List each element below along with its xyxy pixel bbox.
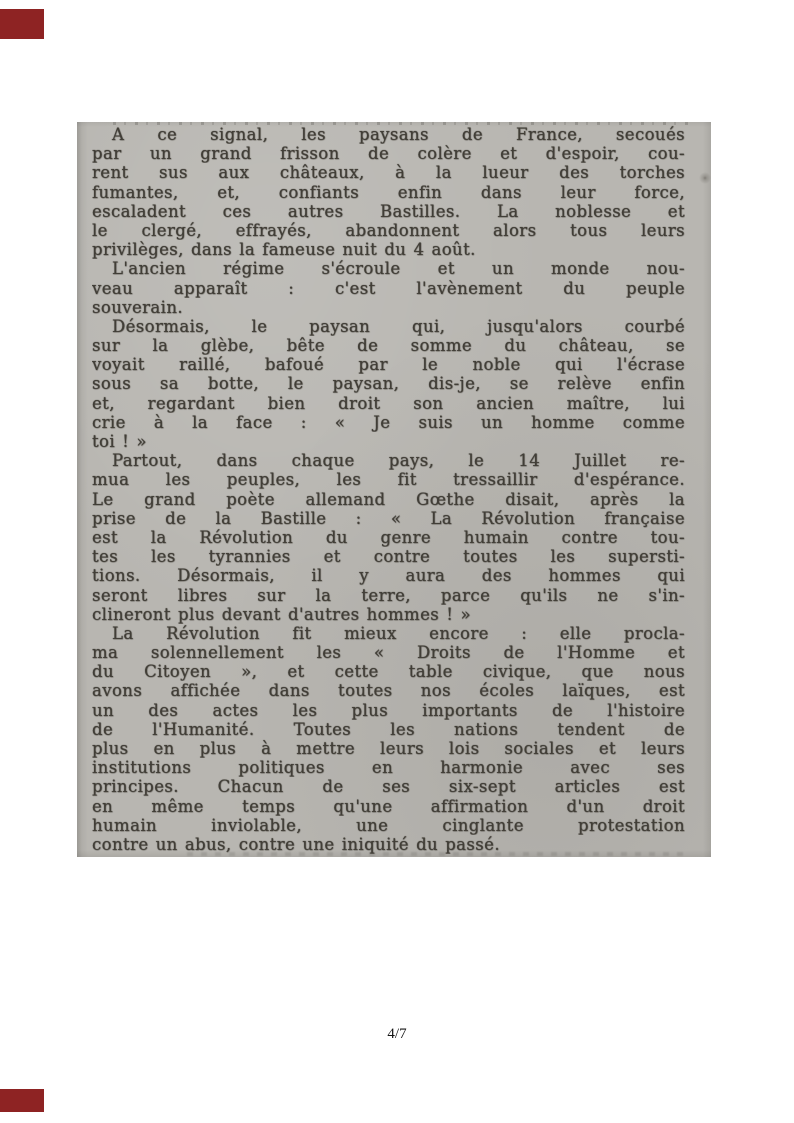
text-line: sur la glèbe, bête de somme du château, … bbox=[92, 336, 685, 355]
text-line: plus en plus à mettre leurs lois sociale… bbox=[92, 739, 685, 758]
text-line: mua les peuples, les fit tressaillir d'e… bbox=[92, 470, 685, 489]
text-line: un des actes les plus importants de l'hi… bbox=[92, 701, 685, 720]
text-line: rent sus aux châteaux, à la lueur des to… bbox=[92, 163, 685, 182]
text-line: humain inviolable, une cinglante protest… bbox=[92, 816, 685, 835]
text-line: seront libres sur la terre, parce qu'ils… bbox=[92, 586, 685, 605]
text-line: Désormais, le paysan qui, jusqu'alors co… bbox=[92, 317, 685, 336]
text-line: clineront plus devant d'autres hommes ! … bbox=[92, 605, 685, 624]
red-edge-mark-bottom-left bbox=[0, 1089, 44, 1112]
text-line: Le grand poète allemand Gœthe disait, ap… bbox=[92, 490, 685, 509]
text-line: fumantes, et, confiants enfin dans leur … bbox=[92, 183, 685, 202]
text-line: prise de la Bastille : « La Révolution f… bbox=[92, 509, 685, 528]
text-line: ma solennellement les « Droits de l'Homm… bbox=[92, 643, 685, 662]
scan-text-column: A ce signal, les paysans de France, seco… bbox=[77, 125, 711, 854]
text-line: de l'Humanité. Toutes les nations tenden… bbox=[92, 720, 685, 739]
text-line: avons affichée dans toutes nos écoles la… bbox=[92, 681, 685, 700]
text-line: en même temps qu'une affirmation d'un dr… bbox=[92, 797, 685, 816]
text-line: escaladent ces autres Bastilles. La nobl… bbox=[92, 202, 685, 221]
text-line: La Révolution fit mieux encore : elle pr… bbox=[92, 624, 685, 643]
text-line: par un grand frisson de colère et d'espo… bbox=[92, 144, 685, 163]
text-line: tions. Désormais, il y aura des hommes q… bbox=[92, 566, 685, 585]
scanned-text-block: A ce signal, les paysans de France, seco… bbox=[77, 122, 711, 857]
text-line: A ce signal, les paysans de France, seco… bbox=[92, 125, 685, 144]
text-line: tes les tyrannies et contre toutes les s… bbox=[92, 547, 685, 566]
text-line: crie à la face : « Je suis un homme comm… bbox=[92, 413, 685, 432]
text-line: le clergé, effrayés, abandonnent alors t… bbox=[92, 221, 685, 240]
text-line: est la Révolution du genre humain contre… bbox=[92, 528, 685, 547]
text-line: voyait raillé, bafoué par le noble qui l… bbox=[92, 355, 685, 374]
page-number: 4/7 bbox=[0, 1026, 794, 1043]
text-line: L'ancien régime s'écroule et un monde no… bbox=[92, 259, 685, 278]
text-line: sous sa botte, le paysan, dis-je, se rel… bbox=[92, 374, 685, 393]
text-line: du Citoyen », et cette table civique, qu… bbox=[92, 662, 685, 681]
text-line: veau apparaît : c'est l'avènement du peu… bbox=[92, 279, 685, 298]
text-line: Partout, dans chaque pays, le 14 Juillet… bbox=[92, 451, 685, 470]
cut-off-line-bottom bbox=[187, 852, 691, 856]
text-line: et, regardant bien droit son ancien maît… bbox=[92, 394, 685, 413]
text-line: principes. Chacun de ses six-sept articl… bbox=[92, 777, 685, 796]
text-line: toi ! » bbox=[92, 432, 685, 451]
red-edge-mark-top-left bbox=[0, 9, 44, 39]
text-line: privilèges, dans la fameuse nuit du 4 ao… bbox=[92, 240, 685, 259]
document-page: A ce signal, les paysans de France, seco… bbox=[0, 0, 794, 1123]
text-line: institutions politiques en harmonie avec… bbox=[92, 758, 685, 777]
text-line: souverain. bbox=[92, 298, 685, 317]
